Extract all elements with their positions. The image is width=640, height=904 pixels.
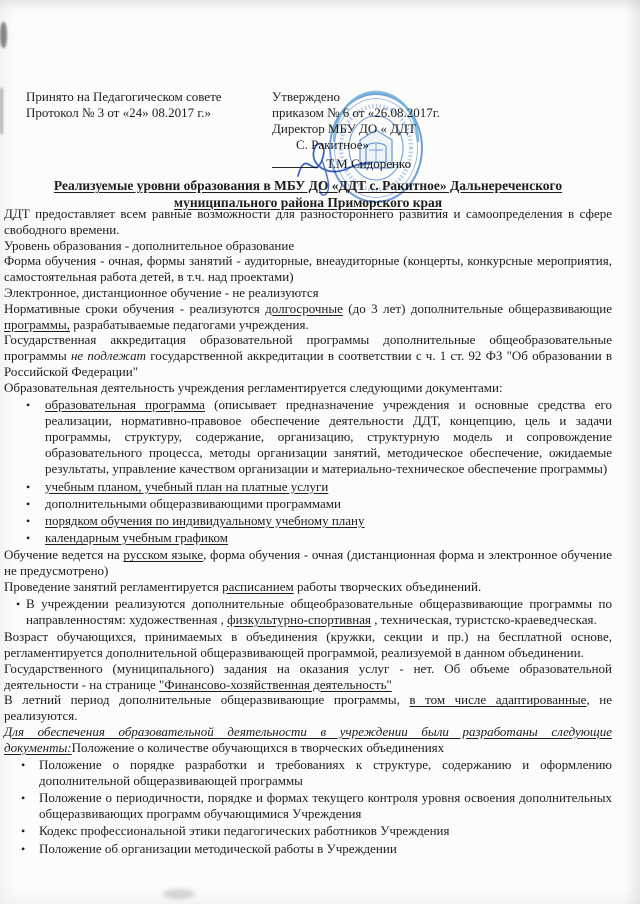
list-item: •Положение о порядке разработки и требов…	[4, 757, 612, 789]
bullet-icon: •	[26, 513, 30, 529]
text-run: ДДТ предоставляет всем равные возможност…	[4, 206, 612, 237]
bullet-icon: •	[21, 757, 25, 773]
org-name-line: С. Ракитное»	[296, 137, 440, 153]
text-run: русском языке	[123, 547, 203, 562]
list-item: •образовательная программа (описывает пр…	[4, 397, 612, 478]
text-run: Положение о порядке разработки и требова…	[39, 757, 612, 788]
text-run: Кодекс профессиональной этики педагогиче…	[39, 823, 449, 838]
text-run: Уровень образования - дополнительное обр…	[4, 238, 294, 253]
text-run: Форма обучения - очная, формы занятий - …	[4, 253, 612, 284]
list-item: •Положение о периодичности, порядке и фо…	[4, 790, 612, 822]
text-run: Возраст обучающихся, принимаемых в объед…	[4, 629, 612, 660]
text-run: дополнительными общеразвивающими програм…	[45, 496, 341, 511]
text-run: Нормативные сроки обучения - реализуются	[4, 301, 265, 316]
signature-line	[272, 167, 318, 168]
paragraph: В летний период дополнительные общеразви…	[4, 692, 612, 724]
director-name: Т.М.Сидоренко	[326, 156, 411, 171]
text-run: Положение об организации методической ра…	[39, 841, 397, 856]
scan-artifact	[0, 0, 640, 10]
text-run: долгосрочные	[265, 301, 343, 316]
approval-block-left: Принято на Педагогическом совете Протоко…	[26, 89, 222, 121]
title-line-1: Реализуемые уровни образования в МБУ ДО …	[54, 178, 562, 193]
text-run: (до 3 лет) дополнительные общеразвивающи…	[343, 301, 612, 316]
text-run: Электронное, дистанционное обучение - не…	[4, 285, 319, 300]
bullet-icon: •	[26, 530, 30, 546]
bullet-icon: •	[21, 823, 25, 839]
paragraph: Уровень образования - дополнительное обр…	[4, 238, 612, 254]
approved-line: Утверждено	[272, 89, 440, 105]
paragraph: ДДТ предоставляет всем равные возможност…	[4, 206, 612, 238]
text-run: в том числе адаптированные	[409, 692, 586, 707]
paragraph: Образовательная деятельность учреждения …	[4, 380, 612, 396]
accepted-line: Принято на Педагогическом совете	[26, 89, 222, 105]
text-run: Положение о количестве обучающихся в тво…	[72, 740, 445, 755]
list-item: •календарным учебным графиком	[4, 530, 612, 546]
director-line: Директор МБУ ДО « ДДТ	[272, 121, 440, 137]
paragraph: Электронное, дистанционное обучение - не…	[4, 285, 612, 301]
document-body: ДДТ предоставляет всем равные возможност…	[4, 206, 612, 858]
list-item: •дополнительными общеразвивающими програ…	[4, 496, 612, 512]
text-run: образовательная программа	[45, 397, 205, 412]
paragraph: Для обеспечения образовательной деятельн…	[4, 724, 612, 756]
paragraph: Возраст обучающихся, принимаемых в объед…	[4, 629, 612, 661]
paragraph: Нормативные сроки обучения - реализуются…	[4, 301, 612, 333]
scanned-document-page: Принято на Педагогическом совете Протоко…	[0, 0, 640, 904]
order-line: приказом № 6 от «26.08.2017г.	[272, 105, 440, 121]
text-run: программы,	[4, 317, 70, 332]
text-run: , техническая, туристско-краеведческая.	[371, 612, 597, 627]
bullet-icon: •	[21, 841, 25, 857]
text-run: "Финансово-хозяйственная деятельность"	[159, 677, 392, 692]
text-run: учебным планом, учебный план на платные …	[45, 479, 328, 494]
list-item: •В учреждении реализуются дополнительные…	[4, 596, 612, 628]
signature-row: Т.М.Сидоренко	[272, 156, 440, 172]
text-run: физкультурно-спортивная	[227, 612, 371, 627]
text-run: календарным учебным графиком	[45, 530, 228, 545]
scan-artifact	[0, 88, 3, 134]
list-item: •порядком обучения по индивидуальному уч…	[4, 513, 612, 529]
text-run: Образовательная деятельность учреждения …	[4, 380, 503, 395]
text-run: Обучение ведется на	[4, 547, 123, 562]
bullet-icon: •	[21, 790, 25, 806]
scan-artifact	[626, 0, 640, 904]
bullet-icon: •	[26, 397, 30, 413]
paragraph: Обучение ведется на русском языке, форма…	[4, 547, 612, 579]
bullet-icon: •	[26, 496, 30, 512]
text-run: работы творческих объединений.	[294, 579, 482, 594]
paragraph: Проведение занятий регламентируется расп…	[4, 579, 612, 595]
bullet-icon: •	[16, 596, 20, 612]
text-run: не подлежат	[71, 348, 146, 363]
scan-artifact	[163, 889, 195, 899]
bullet-icon: •	[26, 479, 30, 495]
scan-artifact	[0, 22, 7, 48]
text-run: Проведение занятий регламентируется	[4, 579, 222, 594]
text-run: разрабатываемые педагогами учреждения.	[70, 317, 309, 332]
text-run: порядком обучения по индивидуальному уче…	[45, 513, 365, 528]
list-item: •Кодекс профессиональной этики педагогич…	[4, 823, 612, 839]
paragraph: Государственного (муниципального) задани…	[4, 661, 612, 693]
text-run: Положение о периодичности, порядке и фор…	[39, 790, 612, 821]
list-item: •Положение об организации методической р…	[4, 841, 612, 857]
approval-block-right: Утверждено приказом № 6 от «26.08.2017г.…	[272, 89, 440, 172]
list-item: •учебным планом, учебный план на платные…	[4, 479, 612, 495]
text-run: расписанием	[222, 579, 294, 594]
protocol-line: Протокол № 3 от «24» 08.2017 г.»	[26, 105, 222, 121]
paragraph: Государственная аккредитация образовател…	[4, 332, 612, 379]
text-run: В летний период дополнительные общеразви…	[4, 692, 409, 707]
paragraph: Форма обучения - очная, формы занятий - …	[4, 253, 612, 285]
